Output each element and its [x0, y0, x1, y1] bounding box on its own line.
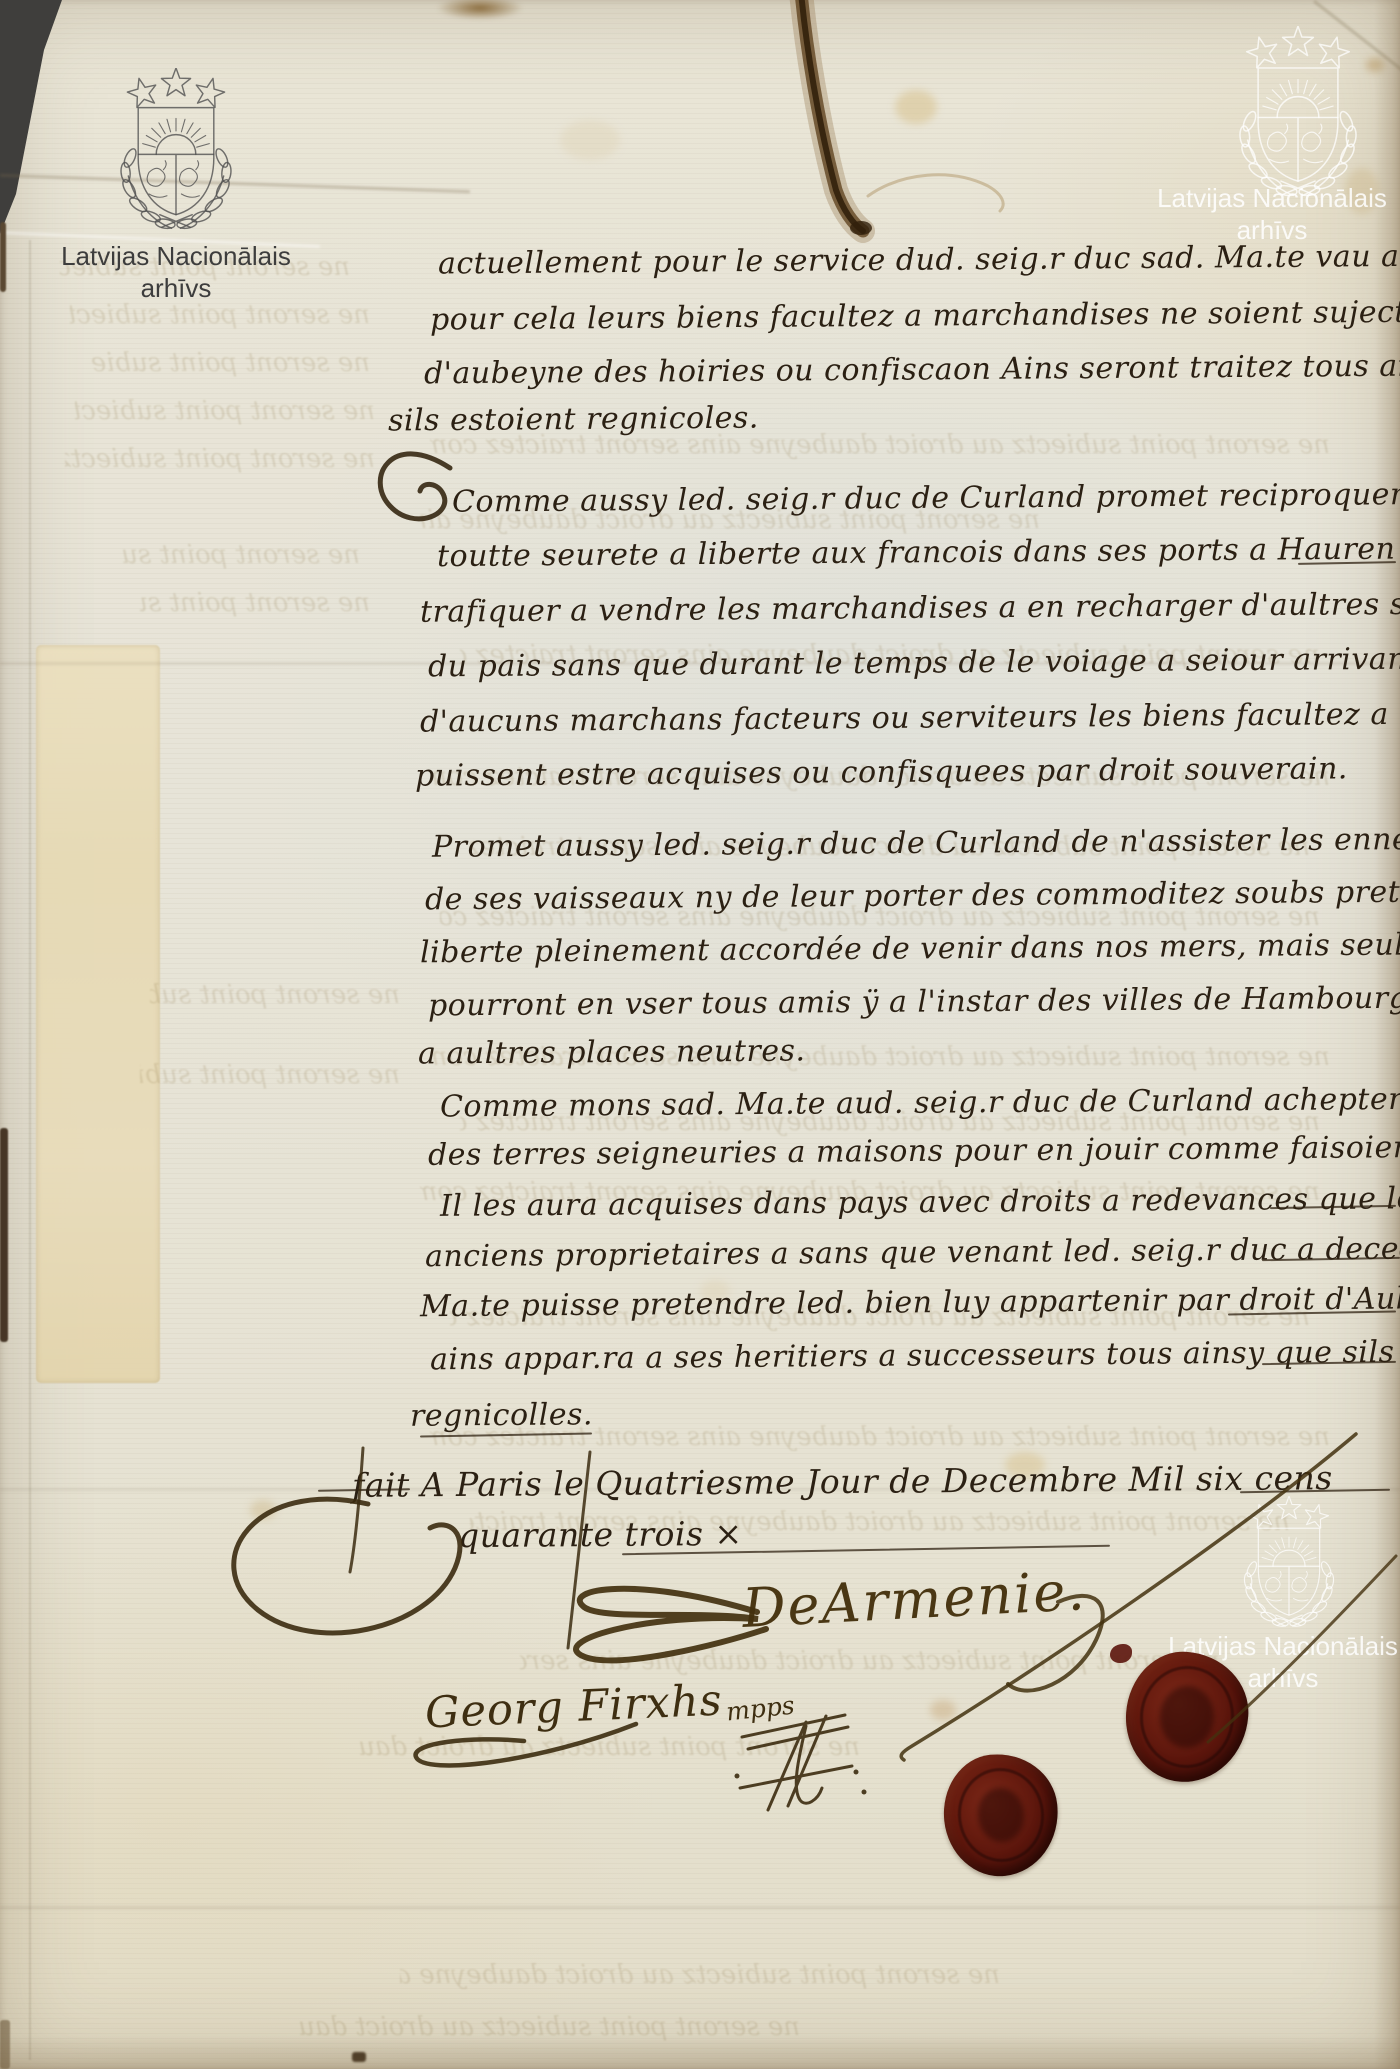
manuscript-line: quarante trois × [458, 1514, 743, 1555]
crease-line [29, 240, 31, 2060]
paper-stain [250, 1500, 276, 1520]
manuscript-line: fait A Paris le Quatriesme Jour de Decem… [352, 1458, 1333, 1505]
archive-name-line2: arhīvs [26, 272, 326, 304]
latvia-coat-of-arms-icon [1216, 1496, 1362, 1635]
paper-stain [895, 90, 937, 124]
bleed-through-text: ne seront point subiectz au droict daube… [400, 1960, 1000, 1994]
archive-name: Latvijas Nacionālais [1122, 182, 1400, 214]
manuscript-line: Il les aura acquises dans pays avec droi… [440, 1181, 1400, 1224]
manuscript-line: regnicolles. [410, 1397, 593, 1433]
bleed-through-text: ne seront point subiectz au droict daube… [75, 396, 375, 430]
manuscript-line: puissent estre acquises ou confisquees p… [415, 751, 1348, 793]
bleed-through-text: ne seront point subiectz au droict daube… [65, 444, 375, 478]
paper-edge-shadow [0, 2035, 1400, 2069]
archive-name: Latvijas Nacionālais [26, 240, 326, 272]
latvia-coat-of-arms-icon [1203, 26, 1393, 207]
manuscript-line: sils estoient regnicoles. [388, 401, 759, 439]
manuscript-line: anciens proprietaires a sans que venant … [425, 1231, 1400, 1275]
bleed-through-text: ne seront point subiectz au droict daube… [120, 540, 360, 574]
paper-edge-tear [0, 222, 6, 292]
bleed-through-text: ne seront point subiectz au droict daube… [70, 300, 370, 334]
bleed-through-text: ne seront point subiectz au droict daube… [90, 348, 370, 382]
bleed-through-text: ne seront point subiectz au droict daube… [140, 588, 370, 622]
archive-watermark-top-right: Latvijas Nacionālais arhīvs [1203, 26, 1393, 207]
archive-watermark-bottom-right: Latvijas Nacionālais arhīvs [1216, 1496, 1362, 1635]
manuscript-line: d'aubeyne des hoiries ou confiscaon Ains… [424, 348, 1400, 392]
archive-watermark-top-left: Latvijas Nacionālais arhīvs [86, 68, 266, 239]
repair-tape-patch [36, 645, 160, 1383]
manuscript-line: a aultres places neutres. [418, 1033, 806, 1071]
bleed-through-text: ne seront point subiectz au droict daube… [150, 980, 400, 1014]
paper-stain [560, 120, 620, 160]
crease-line [0, 1906, 1400, 1909]
paper-stain [930, 1700, 956, 1720]
paper-edge-tear [0, 1128, 8, 1342]
bleed-through-text: ne seront point subiectz au droict daube… [140, 1060, 400, 1094]
manuscript-line: ains appar.ra a ses heritiers a successe… [430, 1334, 1400, 1378]
top-edge-smudge [436, 0, 524, 20]
latvia-coat-of-arms-icon [86, 68, 266, 239]
manuscript-line: toutte seurete a liberte aux francois da… [437, 531, 1400, 574]
